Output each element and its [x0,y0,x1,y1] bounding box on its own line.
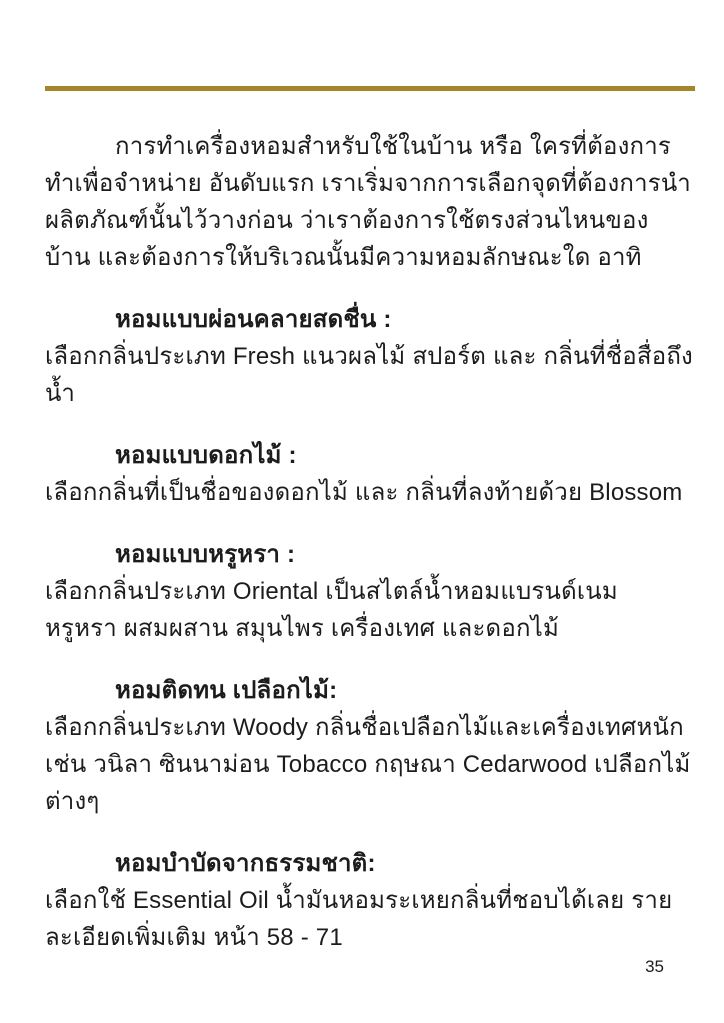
section-body-floral: เลือกกลิ่นที่เป็นชื่อของดอกไม้ และ กลิ่น… [45,474,693,511]
section-body-woody: เลือกกลิ่นประเภท Woody กลิ่นชื่อเปลือกไม… [45,709,693,820]
section-heading-natural-therapy: หอมบำบัดจากธรรมชาติ: [115,845,693,882]
section-floral: หอมแบบดอกไม้ : เลือกกลิ่นที่เป็นชื่อของด… [45,437,693,511]
document-page: การทำเครื่องหอมสำหรับใช้ในบ้าน หรือ ใครท… [0,0,724,1023]
section-body-oriental: เลือกกลิ่นประเภท Oriental เป็นสไตล์น้ำหอ… [45,573,693,647]
intro-paragraph: การทำเครื่องหอมสำหรับใช้ในบ้าน หรือ ใครท… [45,128,693,276]
section-heading-fresh: หอมแบบผ่อนคลายสดชื่น : [115,301,693,338]
section-heading-oriental: หอมแบบหรูหรา : [115,536,693,573]
section-natural-therapy: หอมบำบัดจากธรรมชาติ: เลือกใช้ Essential … [45,845,693,956]
section-body-fresh: เลือกกลิ่นประเภท Fresh แนวผลไม้ สปอร์ต แ… [45,338,693,412]
section-oriental: หอมแบบหรูหรา : เลือกกลิ่นประเภท Oriental… [45,536,693,647]
top-rule-divider [45,86,695,91]
section-heading-floral: หอมแบบดอกไม้ : [115,437,693,474]
section-heading-woody: หอมติดทน เปลือกไม้: [115,672,693,709]
page-content: การทำเครื่องหอมสำหรับใช้ในบ้าน หรือ ใครท… [45,128,693,956]
section-body-natural-therapy: เลือกใช้ Essential Oil น้ำมันหอมระเหยกลิ… [45,882,693,956]
page-number: 35 [645,956,664,978]
section-woody: หอมติดทน เปลือกไม้: เลือกกลิ่นประเภท Woo… [45,672,693,820]
section-fresh: หอมแบบผ่อนคลายสดชื่น : เลือกกลิ่นประเภท … [45,301,693,412]
